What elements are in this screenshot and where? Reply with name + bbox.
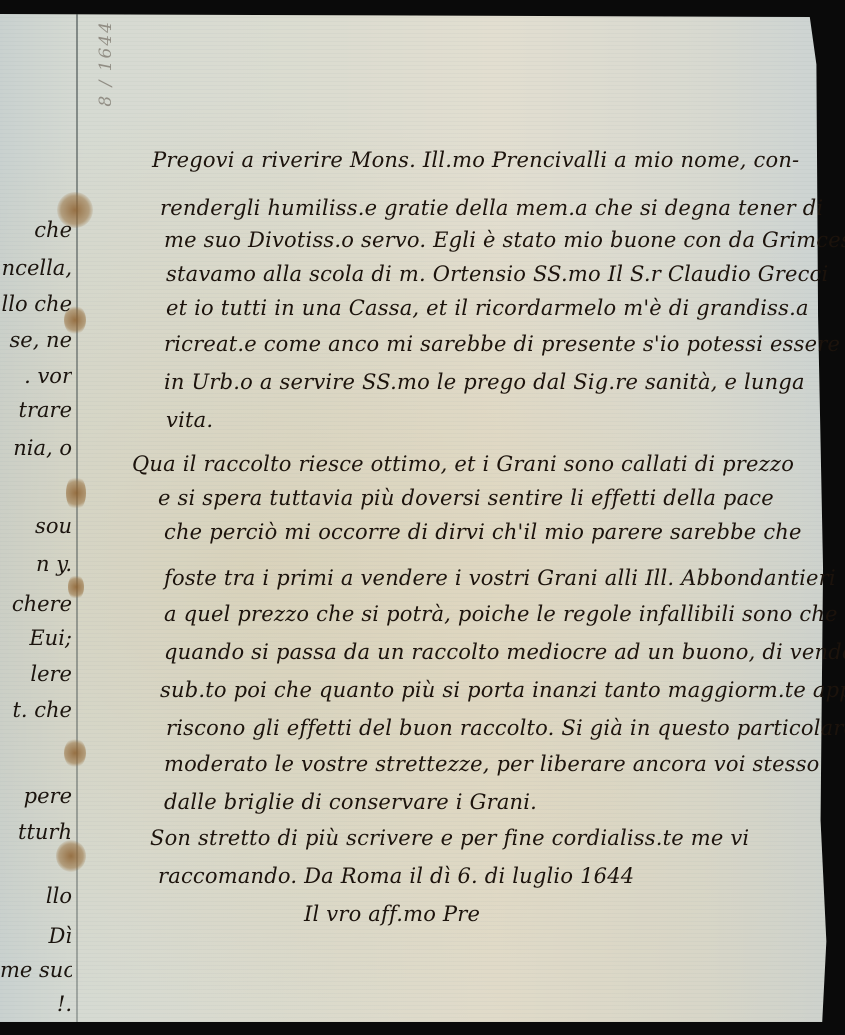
letter-line: dalle briglie di conservare i Grani. xyxy=(164,790,537,814)
left-page-fragment: me suo xyxy=(0,958,72,982)
left-page-fragment: lere xyxy=(0,662,72,686)
letter-line: riscono gli effetti del buon raccolto. S… xyxy=(166,716,845,740)
letter-line: moderato le vostre strettezze, per liber… xyxy=(164,752,820,776)
letter-line: quando si passa da un raccolto mediocre … xyxy=(164,640,845,664)
left-page-fragment: tturh xyxy=(0,820,72,844)
letter-line: rendergli humiliss.e gratie della mem.a … xyxy=(160,196,823,220)
left-page-fragment: n y. xyxy=(0,552,72,576)
letter-line: Son stretto di più scrivere e per fine c… xyxy=(150,826,749,850)
left-page-fragment: che xyxy=(0,218,72,242)
left-page-fragment: sou xyxy=(0,514,72,538)
left-page-fragment: Eui; xyxy=(0,626,72,650)
letter-line: in Urb.o a servire SS.mo le prego dal Si… xyxy=(164,370,805,394)
letter-line: Pregovi a riverire Mons. Ill.mo Prenciva… xyxy=(152,148,799,172)
left-page-fragment: . vor xyxy=(0,364,72,388)
letter-line: che perciò mi occorre di dirvi ch'il mio… xyxy=(164,520,802,544)
letter-line: stavamo alla scola di m. Ortensio SS.mo … xyxy=(166,262,828,286)
left-page-fragment: nia, o xyxy=(0,436,72,460)
letter-line: sub.to poi che quanto più si porta inanz… xyxy=(160,678,845,702)
left-page-fragment: chere xyxy=(0,592,72,616)
left-page-fragment: llo che xyxy=(0,292,72,316)
letter-line: Qua il raccolto riesce ottimo, et i Gran… xyxy=(132,452,794,476)
ink-stain xyxy=(66,475,86,511)
left-page-fragment: llo xyxy=(0,884,72,908)
letter-line: foste tra i primi a vendere i vostri Gra… xyxy=(164,566,836,590)
left-page-fragment: se, ne xyxy=(0,328,72,352)
ink-stain xyxy=(64,738,86,768)
left-page-fragment: ncella, xyxy=(0,256,72,280)
letter-line: a quel prezzo che si potrà, poiche le re… xyxy=(164,602,838,626)
left-page-fragment: trare xyxy=(0,398,72,422)
letter-line: raccomando. Da Roma il dì 6. di luglio 1… xyxy=(158,864,634,888)
letter-line: me suo Divotiss.o servo. Egli è stato mi… xyxy=(164,228,845,252)
letter-line: et io tutti in una Cassa, et il ricordar… xyxy=(166,296,809,320)
letter-line: vita. xyxy=(166,408,213,432)
left-page-fragment: t. che xyxy=(0,698,72,722)
archival-pencil-note: 8 / 1644 xyxy=(96,20,116,107)
letter-line: e si spera tuttavia più doversi sentire … xyxy=(158,486,774,510)
left-page-fragment: !. xyxy=(0,992,72,1016)
letter-line: ricreat.e come anco mi sarebbe di presen… xyxy=(164,332,840,356)
left-page-fragment: pere xyxy=(0,784,72,808)
ink-stain xyxy=(56,840,86,872)
left-page-fragment: Dì xyxy=(0,924,72,948)
signature: Il vro aff.mo Pre xyxy=(304,902,480,926)
